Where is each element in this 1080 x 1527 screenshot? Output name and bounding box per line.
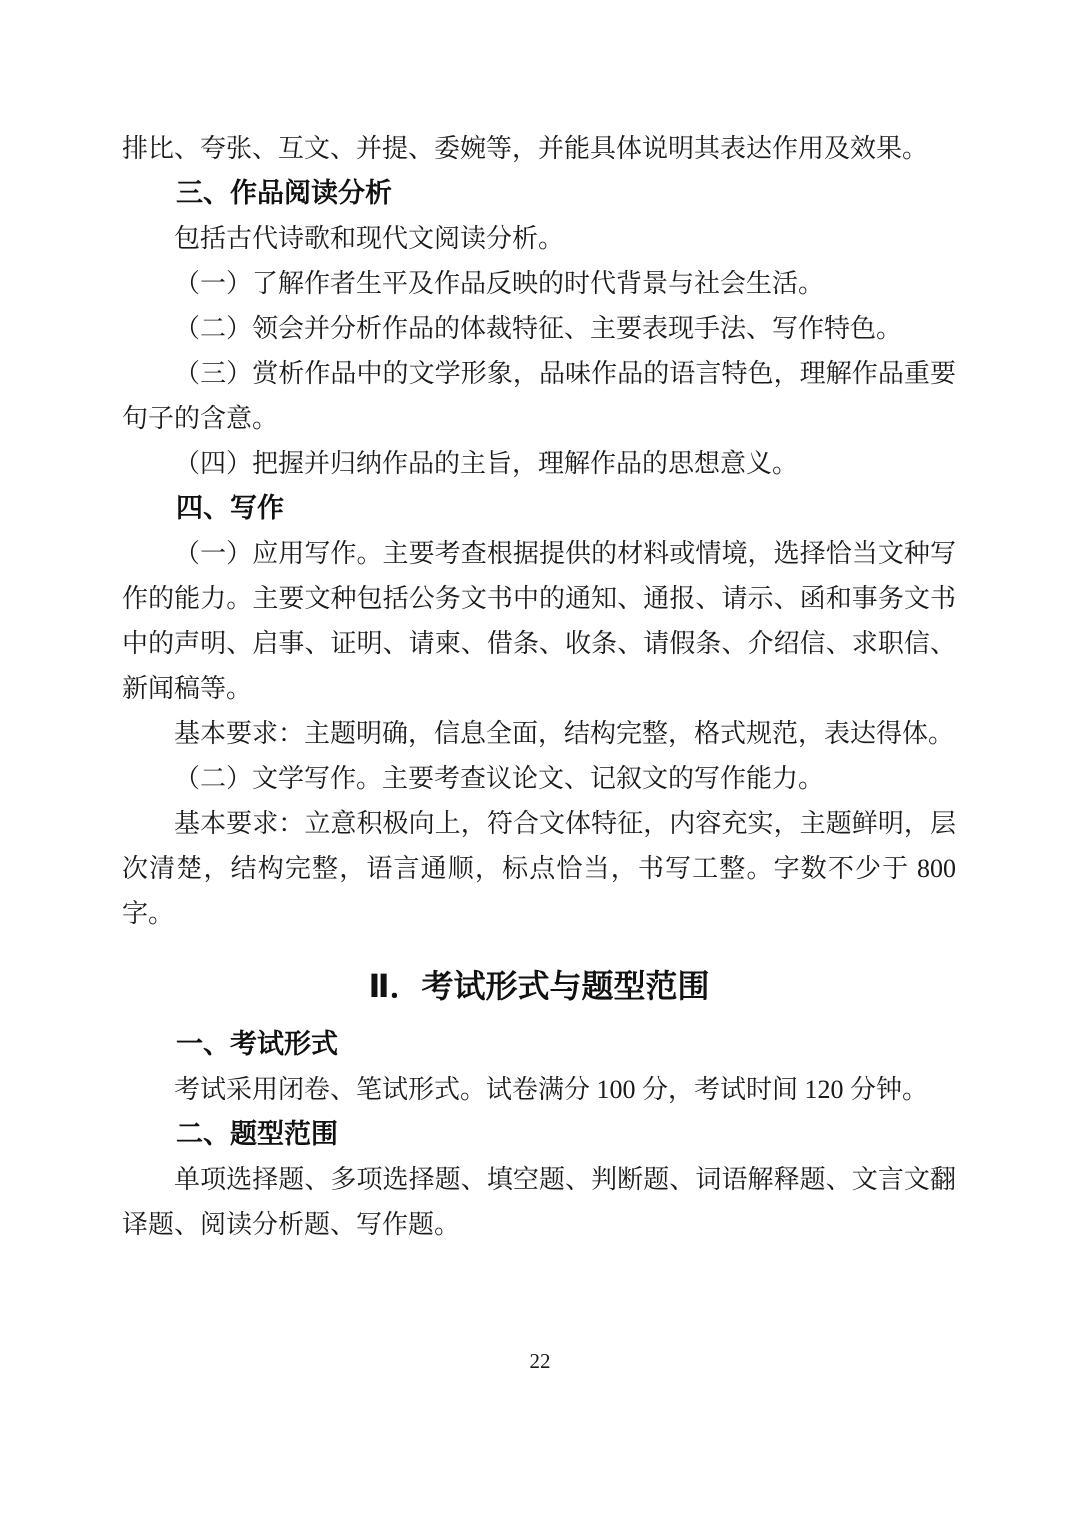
paragraph: 基本要求：立意积极向上，符合文体特征，内容充实，主题鲜明，层次清楚，结构完整，语… [122,801,956,936]
paragraph: 单项选择题、多项选择题、填空题、判断题、词语解释题、文言文翻译题、阅读分析题、写… [122,1157,956,1247]
paragraph: （二）文学写作。主要考查议论文、记叙文的写作能力。 [122,756,956,801]
section-heading-3: 三、作品阅读分析 [122,171,956,216]
section-heading-4: 四、写作 [122,486,956,531]
document-page: 排比、夸张、互文、并提、委婉等，并能具体说明其表达作用及效果。 三、作品阅读分析… [0,0,1080,1527]
section-heading-1: 一、考试形式 [122,1022,956,1067]
paragraph: （四）把握并归纳作品的主旨，理解作品的思想意义。 [122,441,956,486]
paragraph: （一）了解作者生平及作品反映的时代背景与社会生活。 [122,261,956,306]
chapter-title: Ⅱ．考试形式与题型范围 [122,960,956,1012]
paragraph: 包括古代诗歌和现代文阅读分析。 [122,216,956,261]
paragraph: 考试采用闭卷、笔试形式。试卷满分 100 分，考试时间 120 分钟。 [122,1067,956,1112]
paragraph: 基本要求：主题明确，信息全面，结构完整，格式规范，表达得体。 [122,711,956,756]
paragraph: （三）赏析作品中的文学形象，品味作品的语言特色，理解作品重要句子的含意。 [122,351,956,441]
paragraph-continuation: 排比、夸张、互文、并提、委婉等，并能具体说明其表达作用及效果。 [122,126,956,171]
section-heading-2: 二、题型范围 [122,1112,956,1157]
paragraph: （一）应用写作。主要考查根据提供的材料或情境，选择恰当文种写作的能力。主要文种包… [122,531,956,711]
paragraph: （二）领会并分析作品的体裁特征、主要表现手法、写作特色。 [122,306,956,351]
page-number: 22 [0,1346,1080,1376]
page-content: 排比、夸张、互文、并提、委婉等，并能具体说明其表达作用及效果。 三、作品阅读分析… [122,126,956,1247]
